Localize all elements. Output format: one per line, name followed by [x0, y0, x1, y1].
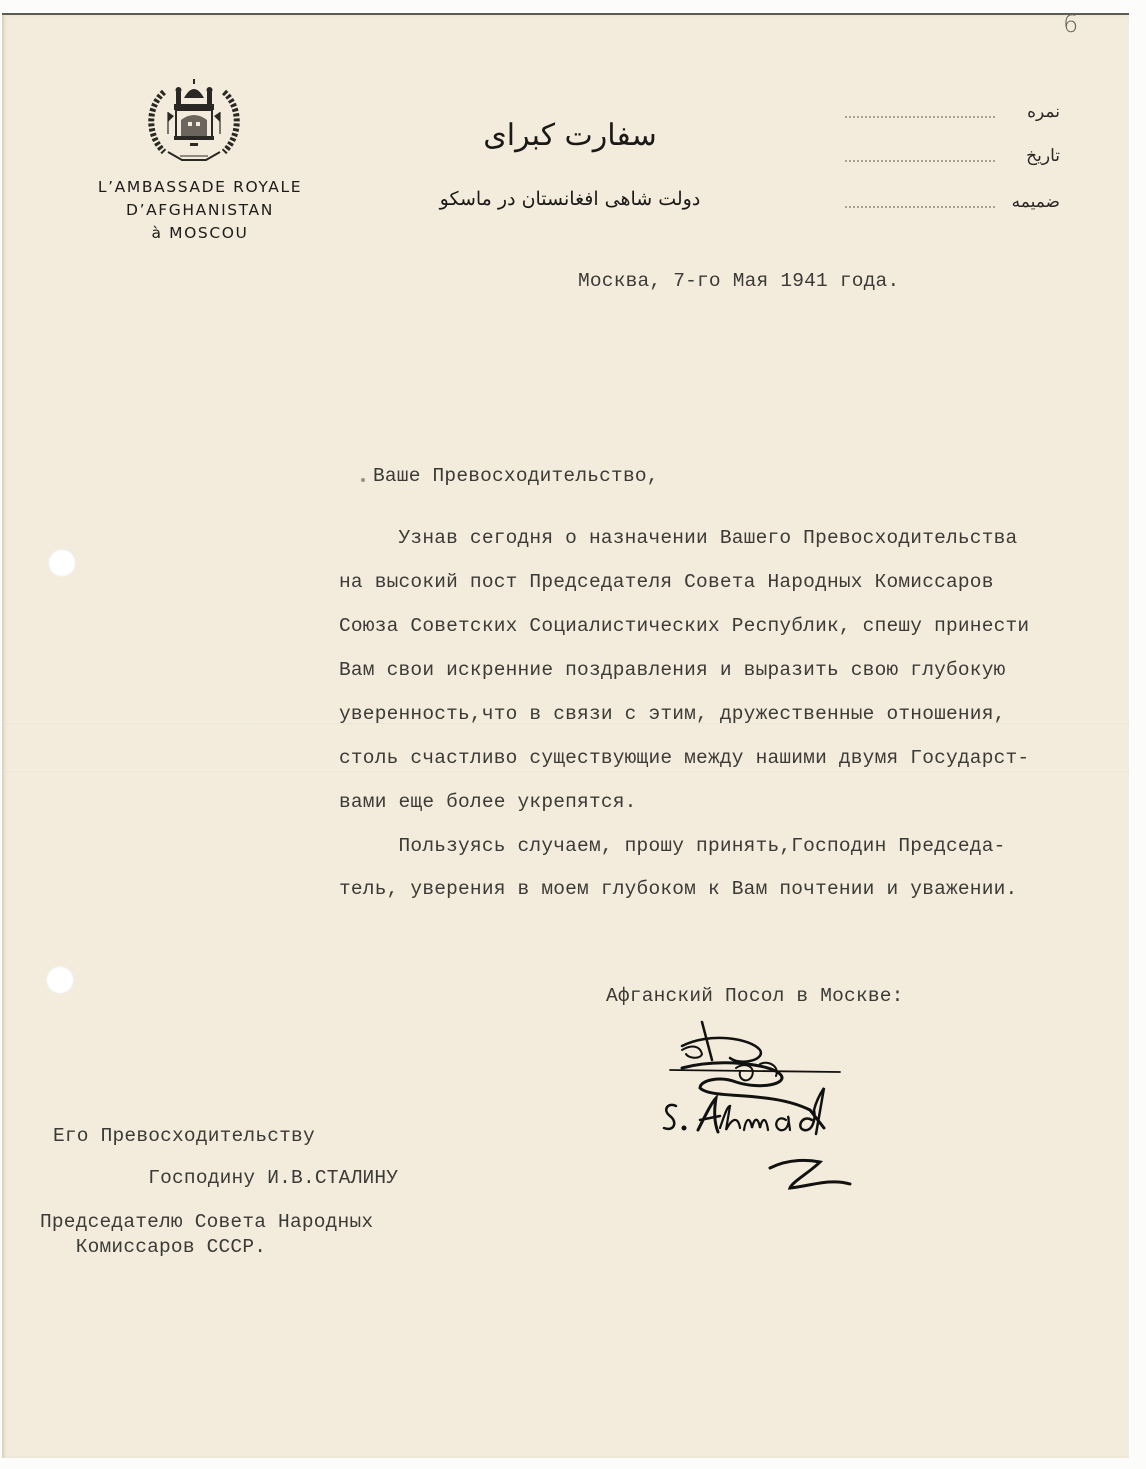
- body-line: Союза Советских Социалистических Республ…: [339, 615, 1029, 637]
- body-line: Пользуясь случаем, прошу принять,Господи…: [339, 835, 1006, 857]
- ref-dotted-line: [845, 116, 995, 118]
- ref-field-date: تاریخ: [845, 142, 1060, 168]
- addressee-line: Комиссаров СССР.: [40, 1236, 266, 1258]
- body-line: вами еще более укрепятся.: [339, 791, 637, 813]
- embassy-line: D’AFGHANISTAN: [60, 199, 340, 222]
- addressee-line: Господину И.В.СТАЛИНУ: [53, 1167, 398, 1189]
- ref-dotted-line: [845, 206, 995, 208]
- ink-speck: [361, 478, 365, 482]
- ref-label: تاریخ: [1026, 146, 1060, 166]
- body-line: тель, уверения в моем глубоком к Вам поч…: [339, 878, 1017, 900]
- embassy-name-french: L’AMBASSADE ROYALE D’AFGHANISTAN à MOSCO…: [60, 176, 340, 245]
- punch-hole: [48, 549, 76, 577]
- ref-field-enclosure: ضمیمه: [845, 188, 1060, 214]
- closing-line: Афганский Посол в Москве:: [606, 985, 904, 1007]
- ref-label: ضمیمه: [1012, 192, 1060, 212]
- embassy-title-persian: سفارت کبرای: [430, 118, 710, 153]
- signature-icon: [640, 1010, 900, 1200]
- paper-edge: [2, 15, 5, 1458]
- body-line: уверенность,что в связи с этим, дружеств…: [339, 703, 1006, 725]
- embassy-line: à MOSCOU: [60, 222, 340, 245]
- body-line: на высокий пост Председателя Совета Наро…: [339, 571, 994, 593]
- letter-date: Москва, 7-го Мая 1941 года.: [578, 270, 899, 292]
- ref-dotted-line: [845, 160, 995, 162]
- body-line: Узнав сегодня о назначении Вашего Превос…: [339, 527, 1017, 549]
- embassy-line: L’AMBASSADE ROYALE: [60, 176, 340, 199]
- body-line: Вам свои искренние поздравления и вырази…: [339, 659, 1006, 681]
- paper-fold-line: [2, 770, 1129, 772]
- punch-hole: [46, 966, 74, 994]
- body-line: столь счастливо существующие между нашим…: [339, 747, 1029, 769]
- ref-label: نمره: [1027, 102, 1060, 122]
- ref-field-number: نمره: [845, 98, 1060, 124]
- salutation: Ваше Превосходительство,: [373, 465, 659, 487]
- page-number: 6: [1063, 10, 1078, 38]
- coat-of-arms-icon: [142, 72, 246, 168]
- embassy-subtitle-persian: دولت شاهی افغانستان در ماسکو: [420, 188, 720, 210]
- addressee-line: Председателю Совета Народных: [40, 1211, 373, 1233]
- addressee-line: Его Превосходительству: [53, 1125, 315, 1147]
